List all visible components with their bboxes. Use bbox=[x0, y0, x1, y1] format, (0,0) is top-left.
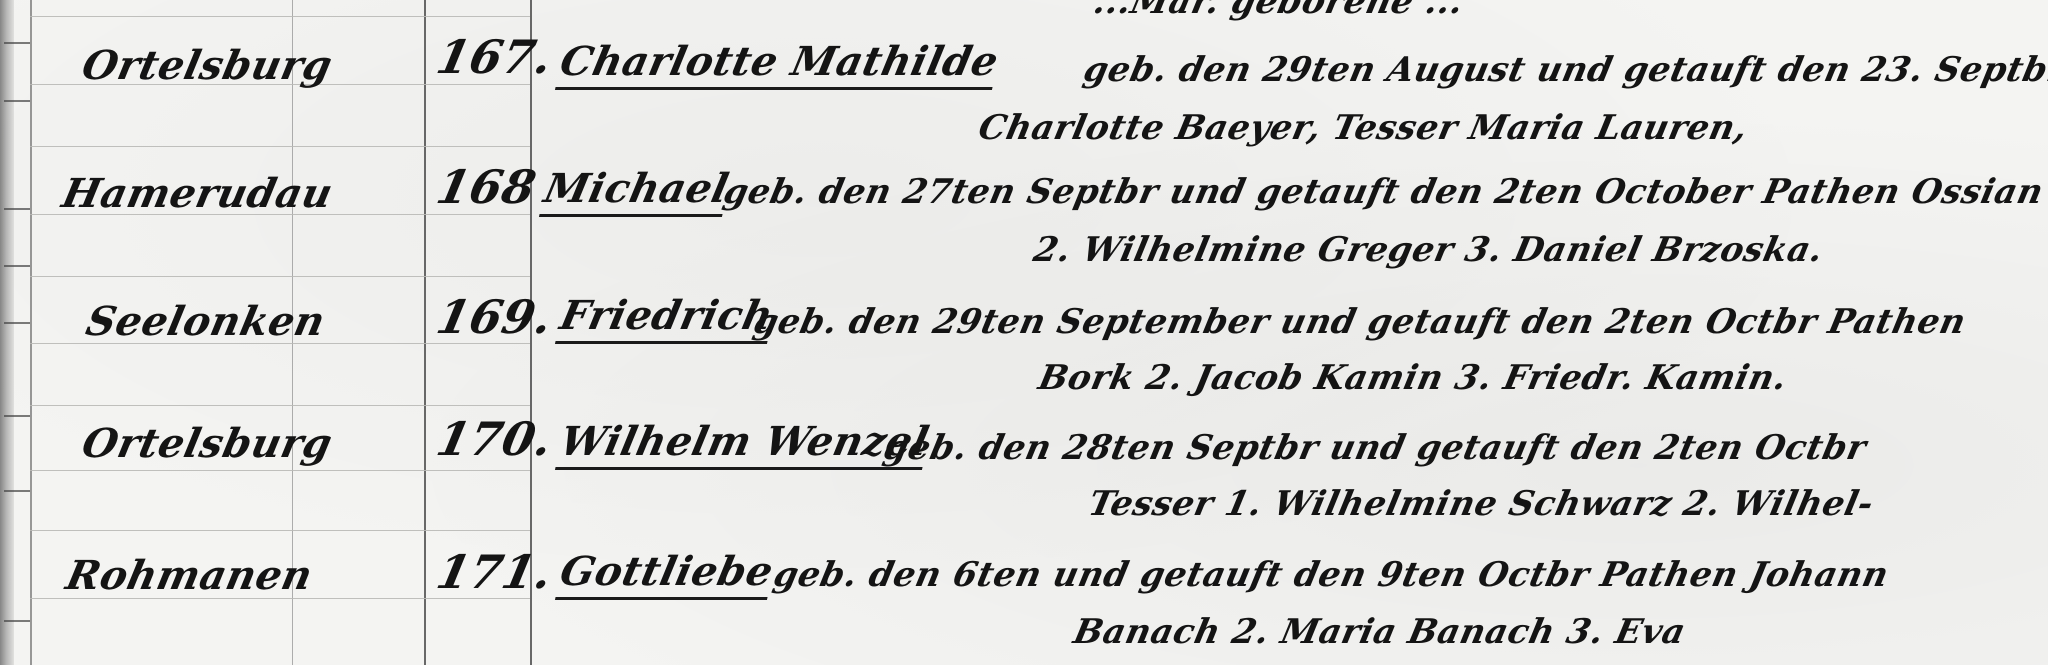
entry-place: Rohmanen bbox=[62, 552, 317, 599]
child-name-text: Charlotte Mathilde bbox=[555, 38, 1003, 90]
margin-tick bbox=[4, 100, 30, 102]
entry-line-2: Banach 2. Maria Banach 3. Eva bbox=[1070, 612, 1689, 652]
entry-line-1: geb. den 28ten Septbr und getauft den 2t… bbox=[880, 428, 1870, 468]
entry-line-2: Bork 2. Jacob Kamin 3. Friedr. Kamin. bbox=[1035, 358, 1791, 398]
entry-number: 168 bbox=[432, 160, 541, 214]
entry-place: Ortelsburg bbox=[78, 420, 337, 467]
entry-line-1: geb. den 27ten Septbr und getauft den 2t… bbox=[720, 172, 2047, 212]
margin-tick bbox=[4, 208, 30, 210]
child-name-text: Michael bbox=[539, 165, 733, 217]
entry-number: 167. bbox=[432, 30, 558, 84]
row-rule bbox=[30, 146, 530, 147]
margin-tick bbox=[4, 265, 30, 267]
child-name-text: Friedrich bbox=[555, 292, 778, 344]
entry-line-1: geb. den 6ten und getauft den 9ten Octbr… bbox=[770, 555, 1892, 595]
row-rule bbox=[30, 276, 530, 277]
margin-tick bbox=[4, 490, 30, 492]
margin-tick bbox=[4, 415, 30, 417]
entry-child-name: Friedrich bbox=[556, 292, 778, 339]
margin-tick bbox=[4, 322, 30, 324]
child-name-text: Gottliebe bbox=[555, 548, 778, 600]
entry-line-2: Tesser 1. Wilhelmine Schwarz 2. Wilhel- bbox=[1085, 484, 1877, 524]
entry-line-1: geb. den 29ten September und getauft den… bbox=[750, 302, 1970, 342]
entry-child-name: Michael bbox=[540, 165, 733, 212]
entry-line-2: Charlotte Baeyer, Tesser Maria Lauren, bbox=[975, 108, 1751, 148]
cutoff-text: ...Mar. geborene ... bbox=[1090, 0, 1467, 22]
entry-number: 170. bbox=[432, 412, 558, 466]
entry-child-name: Charlotte Mathilde bbox=[556, 38, 1003, 85]
entry-place: Seelonken bbox=[82, 298, 329, 345]
entry-line-1: geb. den 29ten August und getauft den 23… bbox=[1080, 50, 2048, 90]
entry-place: Hamerudau bbox=[58, 170, 337, 217]
row-rule bbox=[30, 405, 530, 406]
row-rule bbox=[30, 16, 530, 17]
entry-place: Ortelsburg bbox=[78, 42, 337, 89]
entry-number: 171. bbox=[432, 545, 558, 599]
entry-child-name: Gottliebe bbox=[556, 548, 778, 595]
margin-tick bbox=[4, 42, 30, 44]
row-rule bbox=[30, 530, 530, 531]
entry-line-2: 2. Wilhelmine Greger 3. Daniel Brzoska. bbox=[1030, 230, 1827, 270]
column-rule-number-left bbox=[424, 0, 426, 665]
register-page: ...Mar. geborene ... Ortelsburg 167. Cha… bbox=[0, 0, 2048, 665]
entry-child-name: Wilhelm Wenzel bbox=[556, 418, 933, 465]
row-rule bbox=[30, 470, 530, 471]
margin-rule bbox=[30, 0, 32, 665]
child-name-text: Wilhelm Wenzel bbox=[555, 418, 933, 470]
entry-number: 169. bbox=[432, 290, 558, 344]
margin-tick bbox=[4, 620, 30, 622]
